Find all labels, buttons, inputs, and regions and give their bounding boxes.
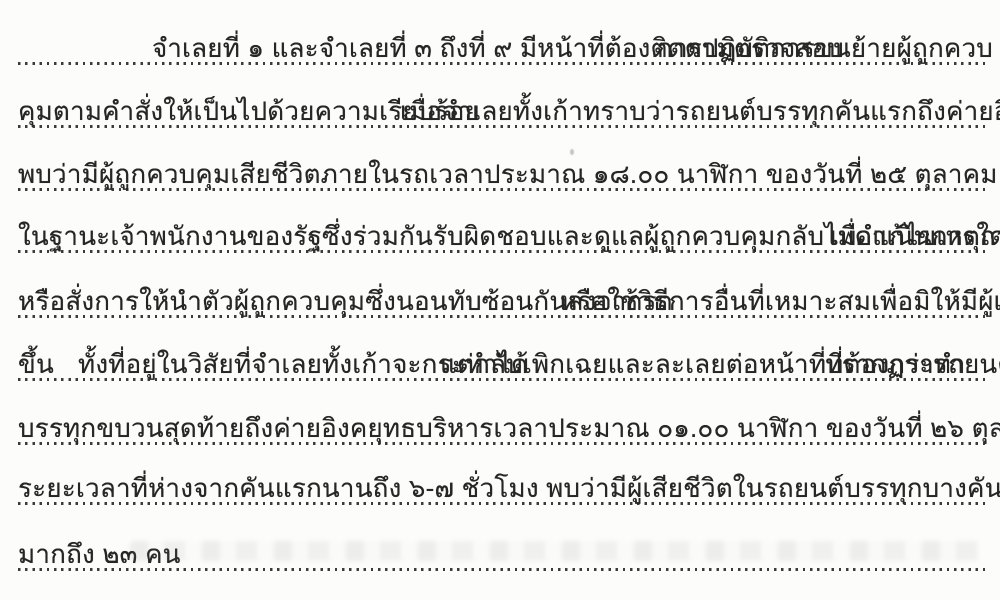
scanned-document-page: จำเลยที่ ๑ และจำเลยที่ ๓ ถึงที่ ๙ มีหน้า… xyxy=(0,0,1000,600)
ink-bleed-through-artifact xyxy=(130,541,980,561)
document-line: คุมตามคำสั่งให้เป็นไปด้วยความเรียบร้อยเม… xyxy=(18,78,985,128)
document-line: จำเลยที่ ๑ และจำเลยที่ ๓ ถึงที่ ๙ มีหน้า… xyxy=(18,15,985,65)
text-segment: หรือใช้วิธีการอื่นที่เหมาะสมเพื่อมิให้มี… xyxy=(560,288,1000,314)
text-segment: ปรากฏว่ารถยนต์ xyxy=(825,351,1000,377)
document-line: ในฐานะเจ้าพนักงานของรัฐซึ่งร่วมกันรับผิด… xyxy=(18,203,985,253)
text-segment: เพื่อแก้ไขเหตุการณ์ xyxy=(830,223,1000,249)
text-segment: บรรทุกขบวนสุดท้ายถึงค่ายอิงคยุทธบริหารเว… xyxy=(18,415,1000,441)
document-line: ขึ้นทั้งที่อยู่ในวิสัยที่จำเลยทั้งเก้าจะ… xyxy=(18,331,985,381)
text-segment: ระยะเวลาที่ห่างจากคันแรกนานถึง ๖-๗ ชั่วโ… xyxy=(18,475,1000,501)
document-line: หรือสั่งการให้นำตัวผู้ถูกควบคุมซึ่งนอนทั… xyxy=(18,268,985,318)
text-segment: เมื่อจำเลยทั้งเก้าทราบว่ารถยนต์บรรทุกคัน… xyxy=(400,98,1000,124)
document-line: พบว่ามีผู้ถูกควบคุมเสียชีวิตภายในรถเวลาป… xyxy=(18,141,985,191)
text-segment: ขึ้น xyxy=(18,351,54,377)
text-segment: พบว่ามีผู้ถูกควบคุมเสียชีวิตภายในรถเวลาป… xyxy=(18,161,1000,187)
document-line: บรรทุกขบวนสุดท้ายถึงค่ายอิงคยุทธบริหารเว… xyxy=(18,395,985,445)
paper-speck-artifact xyxy=(570,149,574,155)
document-line: ระยะเวลาที่ห่างจากคันแรกนานถึง ๖-๗ ชั่วโ… xyxy=(18,455,985,505)
text-segment: การปฏิบัติการขนย้ายผู้ถูกควบ xyxy=(657,35,993,61)
